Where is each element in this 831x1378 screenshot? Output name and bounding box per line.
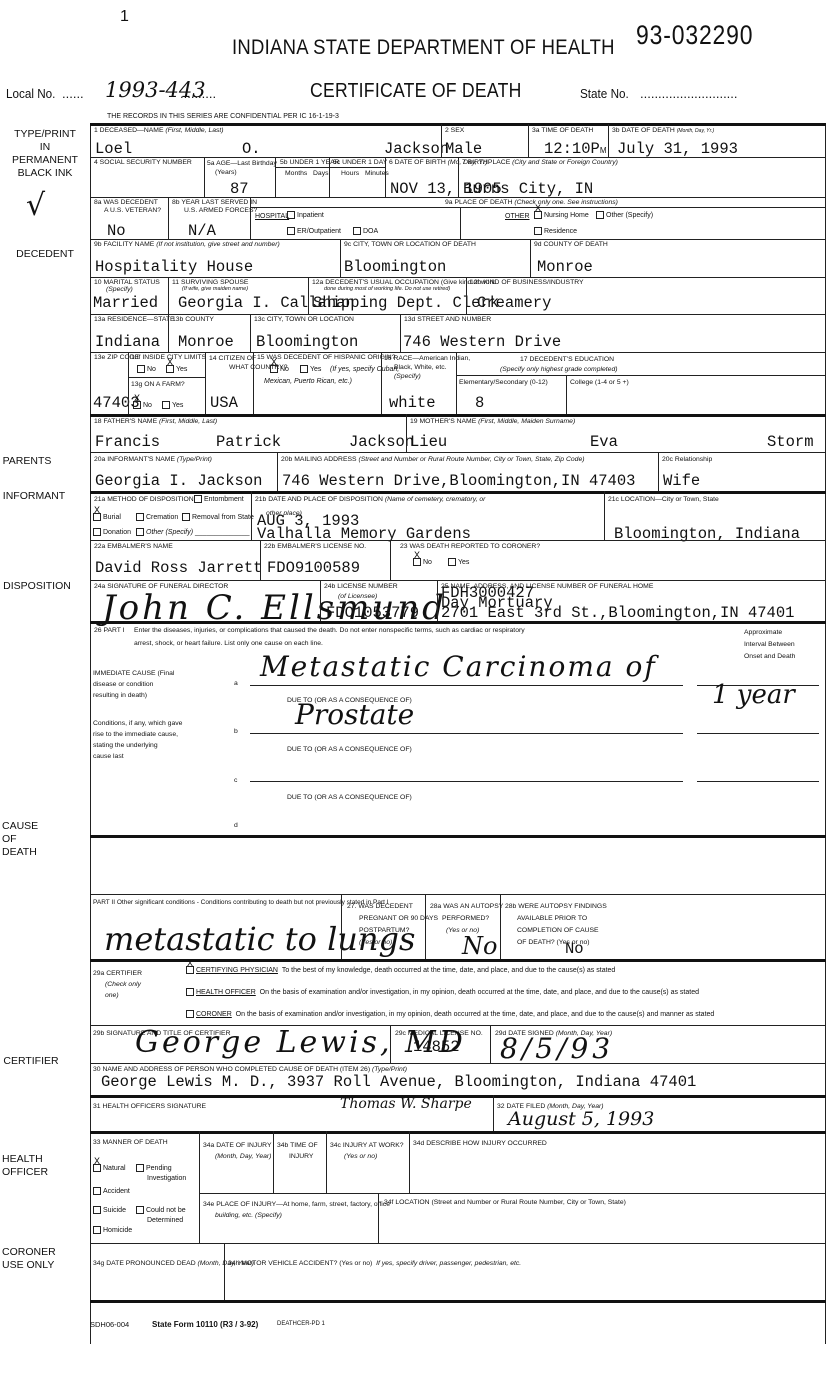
divider	[273, 1131, 274, 1193]
row-divider	[90, 540, 826, 541]
state-no-label: State No.	[580, 86, 629, 101]
divider	[204, 157, 205, 197]
checkbox-manner-homicide[interactable]: Homicide	[93, 1226, 132, 1234]
section-divider	[90, 835, 826, 838]
local-no-dots: ..........	[180, 86, 216, 101]
side-label-certifier: CERTIFIER	[2, 1055, 60, 1068]
line-b-marker: b	[234, 728, 238, 736]
f12a-label: 12a DECEDENT'S USUAL OCCUPATION (Give ki…	[312, 279, 495, 293]
f8b-label: 8b YEAR LAST SERVED INU.S. ARMED FORCES?	[172, 199, 257, 215]
local-no-lead-dots: ......	[62, 86, 84, 101]
completed-by[interactable]: George Lewis M. D., 3937 Roll Avenue, Bl…	[101, 1073, 696, 1091]
line-c	[250, 781, 683, 782]
f34c-label: 34c INJURY AT WORK?(Yes or no)	[330, 1140, 404, 1162]
marital-status[interactable]: Married	[93, 294, 158, 312]
divider	[275, 167, 385, 168]
divider	[566, 375, 567, 415]
side-label-decedent: DECEDENT	[2, 248, 88, 261]
facility-name[interactable]: Hospitality House	[95, 258, 253, 276]
divider	[253, 352, 254, 415]
street-and-number[interactable]: 746 Western Drive	[403, 333, 561, 351]
divider	[409, 1131, 410, 1193]
f7-label: 7 BIRTHPLACE (City and State or Foreign …	[462, 159, 618, 167]
checkbox-manner-natural[interactable]: Natural	[93, 1164, 126, 1172]
divider	[320, 580, 321, 622]
interval-line-c	[697, 781, 819, 782]
f13d-label: 13d STREET AND NUMBER	[404, 316, 491, 324]
footer-doc-id: DEATHCER-PD 1	[277, 1321, 325, 1327]
agency-title: INDIANA STATE DEPARTMENT OF HEALTH	[232, 36, 615, 60]
divider	[308, 277, 309, 314]
checkbox-city-limits-yes[interactable]: Yes	[166, 365, 187, 373]
line-b	[250, 733, 683, 734]
health-officer-signature[interactable]: Thomas W. Sharpe	[340, 1096, 472, 1112]
f17-hint: (Specify only highest grade completed)	[500, 366, 618, 374]
f4-label: 4 SOCIAL SECURITY NUMBER	[94, 159, 192, 167]
f9c-label: 9c CITY, TOWN OR LOCATION OF DEATH	[344, 241, 476, 249]
divider	[341, 894, 342, 959]
divider	[168, 197, 169, 239]
divider	[128, 352, 129, 415]
divider	[500, 894, 501, 959]
row-divider	[90, 580, 826, 581]
f5b-label: 5b UNDER 1 YEAR	[280, 159, 340, 167]
divider	[466, 277, 467, 314]
side-label-parents: PARENTS	[2, 455, 52, 468]
checkbox-manner-accident[interactable]: Accident	[93, 1187, 130, 1195]
divider	[260, 540, 261, 580]
decedent-first-name[interactable]: Loel	[95, 140, 132, 158]
line-a-marker: a	[234, 680, 238, 688]
f24b-hint: (of Licensee)	[338, 593, 377, 601]
checkbox-doa[interactable]: DOA	[353, 227, 378, 235]
checkbox-coroner[interactable]: CORONER On the basis of examination and/…	[186, 1010, 714, 1018]
residence-city[interactable]: Bloomington	[256, 333, 358, 351]
father-first[interactable]: Francis	[95, 433, 160, 451]
f13a-label: 13a RESIDENCE—STATE	[94, 316, 175, 324]
local-no-label: Local No.	[6, 86, 55, 101]
handwritten-check-mark: √	[26, 188, 45, 223]
divider	[608, 124, 609, 157]
row-divider	[90, 1243, 826, 1244]
divider	[406, 414, 407, 452]
f15-hint2: Mexican, Puerto Rican, etc.)	[264, 378, 352, 385]
checkbox-cremation[interactable]: Cremation	[136, 513, 178, 521]
line-d-marker: d	[234, 822, 238, 830]
checkbox-certifying-physician[interactable]: CERTIFYING PHYSICIAN To the best of my k…	[186, 966, 615, 974]
funeral-director-license[interactable]: FDO1053779	[326, 604, 419, 622]
f5a-label: 5a AGE—Last Birthday(Years)	[207, 159, 277, 177]
other-heading: OTHER	[505, 213, 530, 220]
state-no-dots: ...........................	[640, 86, 738, 101]
part2-label: PART II Other significant conditions - C…	[93, 899, 389, 907]
citizen-country[interactable]: USA	[210, 394, 238, 412]
year-last-served[interactable]: N/A	[188, 222, 216, 240]
form-left-border	[90, 124, 91, 1344]
f29a-label: 29a CERTIFIER(Check onlyone)	[93, 968, 142, 1001]
section-divider	[90, 1131, 826, 1134]
side-label-type-print: TYPE/PRINTINPERMANENTBLACK INK	[2, 128, 88, 180]
divider	[390, 1025, 391, 1063]
veteran-value[interactable]: No	[107, 222, 126, 240]
checkbox-coroner-no[interactable]: No	[413, 558, 432, 566]
mother-middle[interactable]: Eva	[590, 433, 618, 451]
footer-state-form: State Form 10110 (R3 / 3-92)	[152, 1320, 258, 1329]
checkbox-donation[interactable]: Donation	[93, 528, 131, 536]
certificate-title: CERTIFICATE OF DEATH	[310, 80, 522, 103]
divider	[437, 580, 438, 622]
f22a-label: 22a EMBALMER'S NAME	[94, 543, 173, 551]
f23-label: 23 WAS DEATH REPORTED TO CORONER?	[400, 543, 540, 551]
divider	[168, 277, 169, 314]
due-to-c: DUE TO (OR AS A CONSEQUENCE OF)	[287, 794, 412, 802]
checkbox-city-limits-no[interactable]: No	[137, 365, 156, 373]
cause-a-handwritten[interactable]: Metastatic Carcinoma of	[260, 650, 657, 683]
checkbox-farm-no[interactable]: No	[133, 401, 152, 409]
f17-label: 17 DECEDENT'S EDUCATION	[520, 356, 614, 364]
f24b-label: 24b LICENSE NUMBER	[324, 583, 398, 591]
f21b-label: 21b DATE AND PLACE OF DISPOSITION (Name …	[255, 496, 485, 504]
f5c-hours: Hours	[341, 170, 359, 178]
f34e-label: 34e PLACE OF INJURY—At home, farm, stree…	[203, 1199, 390, 1221]
divider	[378, 1193, 379, 1243]
cause-b-handwritten[interactable]: Prostate	[295, 698, 414, 731]
birthplace[interactable]: Burns City, IN	[463, 180, 593, 198]
age-years[interactable]: 87	[230, 180, 249, 198]
divider	[493, 1095, 494, 1132]
divider	[490, 1025, 491, 1063]
checkbox-hispanic-yes[interactable]: Yes	[300, 365, 321, 373]
f8a-label: 8a WAS DECEDENTA U.S. VETERAN?	[94, 199, 161, 215]
funeral-home-address[interactable]: 2701 East 3rd St.,Bloomington,IN 47401	[441, 608, 794, 619]
f13g-label: 13g ON A FARM?	[131, 381, 185, 389]
row-divider	[90, 239, 826, 240]
divider	[385, 157, 386, 197]
divider	[390, 540, 391, 580]
interval-a-handwritten[interactable]: 1 year	[712, 680, 795, 710]
f31-label: 31 HEALTH OFFICERS SIGNATURE	[93, 1103, 206, 1111]
immediate-cause-label: IMMEDIATE CAUSE (Finaldisease or conditi…	[93, 668, 174, 701]
divider	[381, 352, 382, 415]
f19-label: 19 MOTHER'S NAME (First, Middle, Maiden …	[410, 418, 575, 426]
father-middle[interactable]: Patrick	[216, 433, 281, 451]
conditions-label: Conditions, if any, which gaverise to th…	[93, 718, 182, 762]
side-label-disposition: DISPOSITION	[2, 580, 72, 593]
informant-relationship[interactable]: Wife	[663, 472, 700, 490]
row-divider	[90, 197, 826, 198]
f9d-label: 9d COUNTY OF DEATH	[534, 241, 608, 249]
divider	[275, 157, 276, 197]
row-divider	[90, 1063, 826, 1064]
checkbox-inpatient[interactable]: Inpatient	[287, 211, 324, 219]
checkbox-other-specify[interactable]: Other (Specify)	[596, 211, 653, 219]
line-a	[250, 685, 683, 686]
checkbox-burial[interactable]: Burial	[93, 513, 121, 521]
time-of-death[interactable]: 12:10PM	[544, 140, 606, 158]
decedent-last-name[interactable]: Jackson	[384, 140, 449, 158]
checkbox-manner-pending[interactable]: PendingInvestigation	[136, 1164, 186, 1184]
f3a-label: 3a TIME OF DEATH	[532, 127, 593, 135]
usual-occupation[interactable]: Shipping Dept. Clerk	[313, 294, 499, 312]
f13c-label: 13c CITY, TOWN OR LOCATION	[254, 316, 354, 324]
embalmer-license[interactable]: FDO9100589	[267, 559, 360, 577]
decedent-middle-name[interactable]: O.	[242, 140, 261, 158]
date-signed[interactable]: 8/5/93	[500, 1032, 614, 1065]
row-divider	[90, 314, 826, 315]
f21c-label: 21c LOCATION—City or Town, State	[608, 496, 719, 504]
divider	[458, 157, 459, 197]
education-elementary[interactable]: 8	[475, 394, 484, 412]
checkbox-nursing-home[interactable]: Nursing Home	[534, 211, 589, 219]
f17-elem-label: Elementary/Secondary (0-12)	[459, 379, 548, 387]
divider	[456, 375, 826, 376]
f5c-label: 5c UNDER 1 DAY	[333, 159, 387, 167]
f33-label: 33 MANNER OF DEATH	[93, 1139, 168, 1147]
form-bottom-border	[90, 1300, 826, 1303]
f13b-label: 13b COUNTY	[172, 316, 214, 324]
confidential-notice: THE RECORDS IN THIS SERIES ARE CONFIDENT…	[107, 113, 339, 120]
f34d-label: 34d DESCRIBE HOW INJURY OCCURRED	[413, 1140, 547, 1148]
divider	[425, 894, 426, 959]
divider	[460, 207, 461, 239]
medical-license[interactable]: 14852	[413, 1038, 460, 1056]
f20a-label: 20a INFORMANT'S NAME (Type/Print)	[94, 456, 212, 464]
divider	[326, 1131, 327, 1193]
section-divider	[90, 414, 826, 417]
divider	[658, 452, 659, 492]
f29c-label: 29c MEDICAL LICENSE NO.	[395, 1030, 483, 1038]
divider	[205, 352, 206, 415]
checkbox-manner-undetermined[interactable]: Could not beDetermined	[136, 1206, 186, 1226]
section-divider	[90, 959, 826, 962]
f5b-days: Days	[313, 170, 329, 178]
checkbox-er-outpatient[interactable]: ER/Outpatient	[287, 227, 341, 235]
f17-college-label: College (1-4 or 5 +)	[570, 379, 629, 387]
f22b-label: 22b EMBALMER'S LICENSE NO.	[264, 543, 366, 551]
divider	[250, 197, 251, 239]
checkbox-other-disposition[interactable]: Other (Specify) ______________	[136, 528, 250, 536]
f1-label: 1 DECEASED—NAME (First, Middle, Last)	[94, 127, 224, 135]
form-right-border	[825, 124, 826, 1344]
line-c-marker: c	[234, 777, 237, 785]
divider	[250, 314, 251, 352]
checkbox-farm-yes[interactable]: Yes	[162, 401, 183, 409]
row-divider	[199, 1193, 826, 1194]
f2-label: 2 SEX	[445, 127, 464, 135]
checkbox-hispanic-no[interactable]: No	[270, 365, 289, 373]
checkbox-residence[interactable]: Residence	[534, 227, 577, 235]
state-number-stamp: 93-032290	[636, 20, 753, 51]
row-divider	[90, 894, 826, 895]
interval-label: ApproximateInterval BetweenOnset and Dea…	[744, 627, 795, 663]
divider	[441, 124, 442, 157]
informant-address[interactable]: 746 Western Drive,Bloomington,IN 47403	[282, 472, 635, 490]
f26-instructions: Enter the diseases, injuries, or complic…	[134, 627, 525, 635]
f9b-label: 9b FACILITY NAME (If not institution, gi…	[94, 241, 280, 249]
city-of-death[interactable]: Bloomington	[344, 258, 446, 276]
f10-label: 10 MARITAL STATUS(Specify)	[94, 279, 160, 293]
divider	[168, 314, 169, 352]
residence-county[interactable]: Monroe	[178, 333, 234, 351]
checkbox-coroner-yes[interactable]: Yes	[448, 558, 469, 566]
divider	[340, 239, 341, 277]
footer-form-code: SDH06-004	[90, 1320, 129, 1329]
f12b-label: 12b KIND OF BUSINESS/INDUSTRY	[470, 279, 584, 287]
checkbox-manner-suicide[interactable]: Suicide	[93, 1206, 126, 1214]
f34b-label: 34b TIME OFINJURY	[277, 1140, 318, 1162]
checkbox-removal-from-state[interactable]: Removal from State	[182, 513, 254, 521]
date-of-death[interactable]: July 31, 1993	[617, 140, 738, 158]
corner-mark: 1	[120, 8, 129, 26]
row-divider	[90, 352, 826, 353]
mother-first[interactable]: Lieu	[410, 433, 447, 451]
checkbox-health-officer[interactable]: HEALTH OFFICER On the basis of examinati…	[186, 988, 699, 996]
mother-last[interactable]: Storm	[767, 433, 814, 451]
f28b-label: 28b WERE AUTOPSY FINDINGSAVAILABLE PRIOR…	[505, 901, 607, 949]
f3b-label: 3b DATE OF DEATH (Month, Day, Yr.)	[612, 127, 714, 135]
father-last[interactable]: Jackson	[349, 433, 414, 451]
divider	[604, 491, 605, 540]
side-label-coroner-use-only: CORONERUSE ONLY	[2, 1246, 62, 1272]
divider	[528, 124, 529, 157]
side-label-informant: INFORMANT	[2, 490, 66, 503]
divider	[530, 239, 531, 277]
f11-label: 11 SURVIVING SPOUSE(If wife, give maiden…	[172, 279, 248, 293]
form-top-border	[90, 123, 826, 126]
county-of-death[interactable]: Monroe	[537, 258, 593, 276]
divider	[277, 452, 278, 492]
divider	[128, 377, 205, 378]
f21a-label: 21a METHOD OF DISPOSITION	[94, 496, 194, 504]
interval-line-b	[697, 733, 819, 734]
f26-label: 26 PART I	[94, 627, 125, 635]
section-divider	[90, 491, 826, 494]
side-label-health-officer: HEALTHOFFICER	[2, 1153, 52, 1179]
sex-value[interactable]: Male	[445, 140, 482, 158]
f34f-label: 34f LOCATION (Street and Number or Rural…	[384, 1199, 626, 1207]
side-label-cause-of-death: CAUSE OFDEATH	[2, 820, 52, 859]
divider	[251, 491, 252, 540]
checkbox-entombment[interactable]: Entombment	[194, 495, 244, 503]
f16-label: 16 RACE—American Indian,Black, White, et…	[384, 354, 470, 381]
f15-label: 15 WAS DECEDENT OF HISPANIC ORIGIN?	[257, 354, 395, 362]
date-filed[interactable]: August 5, 1993	[508, 1108, 654, 1130]
informant-name[interactable]: Georgia I. Jackson	[95, 472, 262, 490]
divider	[400, 314, 401, 352]
f20b-label: 20b MAILING ADDRESS (Street and Number o…	[281, 456, 584, 464]
section-divider	[90, 621, 826, 624]
row-divider	[90, 452, 826, 453]
divider	[329, 157, 330, 197]
race[interactable]: white	[389, 394, 436, 412]
due-to-b: DUE TO (OR AS A CONSEQUENCE OF)	[287, 746, 412, 754]
divider	[456, 352, 457, 415]
divider	[224, 1243, 225, 1301]
f18-label: 18 FATHER'S NAME (First, Middle, Last)	[94, 418, 217, 426]
f26-instructions2: arrest, shock, or heart failure. List on…	[134, 640, 323, 648]
embalmer-name[interactable]: David Ross Jarrett	[95, 559, 262, 577]
f34h-label: 34h MOTOR VEHICLE ACCIDENT? (Yes or no) …	[228, 1260, 521, 1268]
f5b-months: Months	[285, 170, 307, 178]
row-divider	[90, 277, 826, 278]
divider	[199, 1131, 200, 1243]
f28a-label: 28a WAS AN AUTOPSYPERFORMED?(Yes or no)	[430, 901, 503, 937]
hospital-heading: HOSPITAL	[255, 213, 289, 220]
kind-of-business[interactable]: Creamery	[477, 294, 551, 312]
f34a-label: 34a DATE OF INJURY(Month, Day, Year)	[203, 1140, 272, 1162]
residence-state[interactable]: Indiana	[95, 333, 160, 351]
f9a-label: 9a PLACE OF DEATH (Check only one. See i…	[445, 199, 618, 207]
f20c-label: 20c Relationship	[662, 456, 712, 464]
